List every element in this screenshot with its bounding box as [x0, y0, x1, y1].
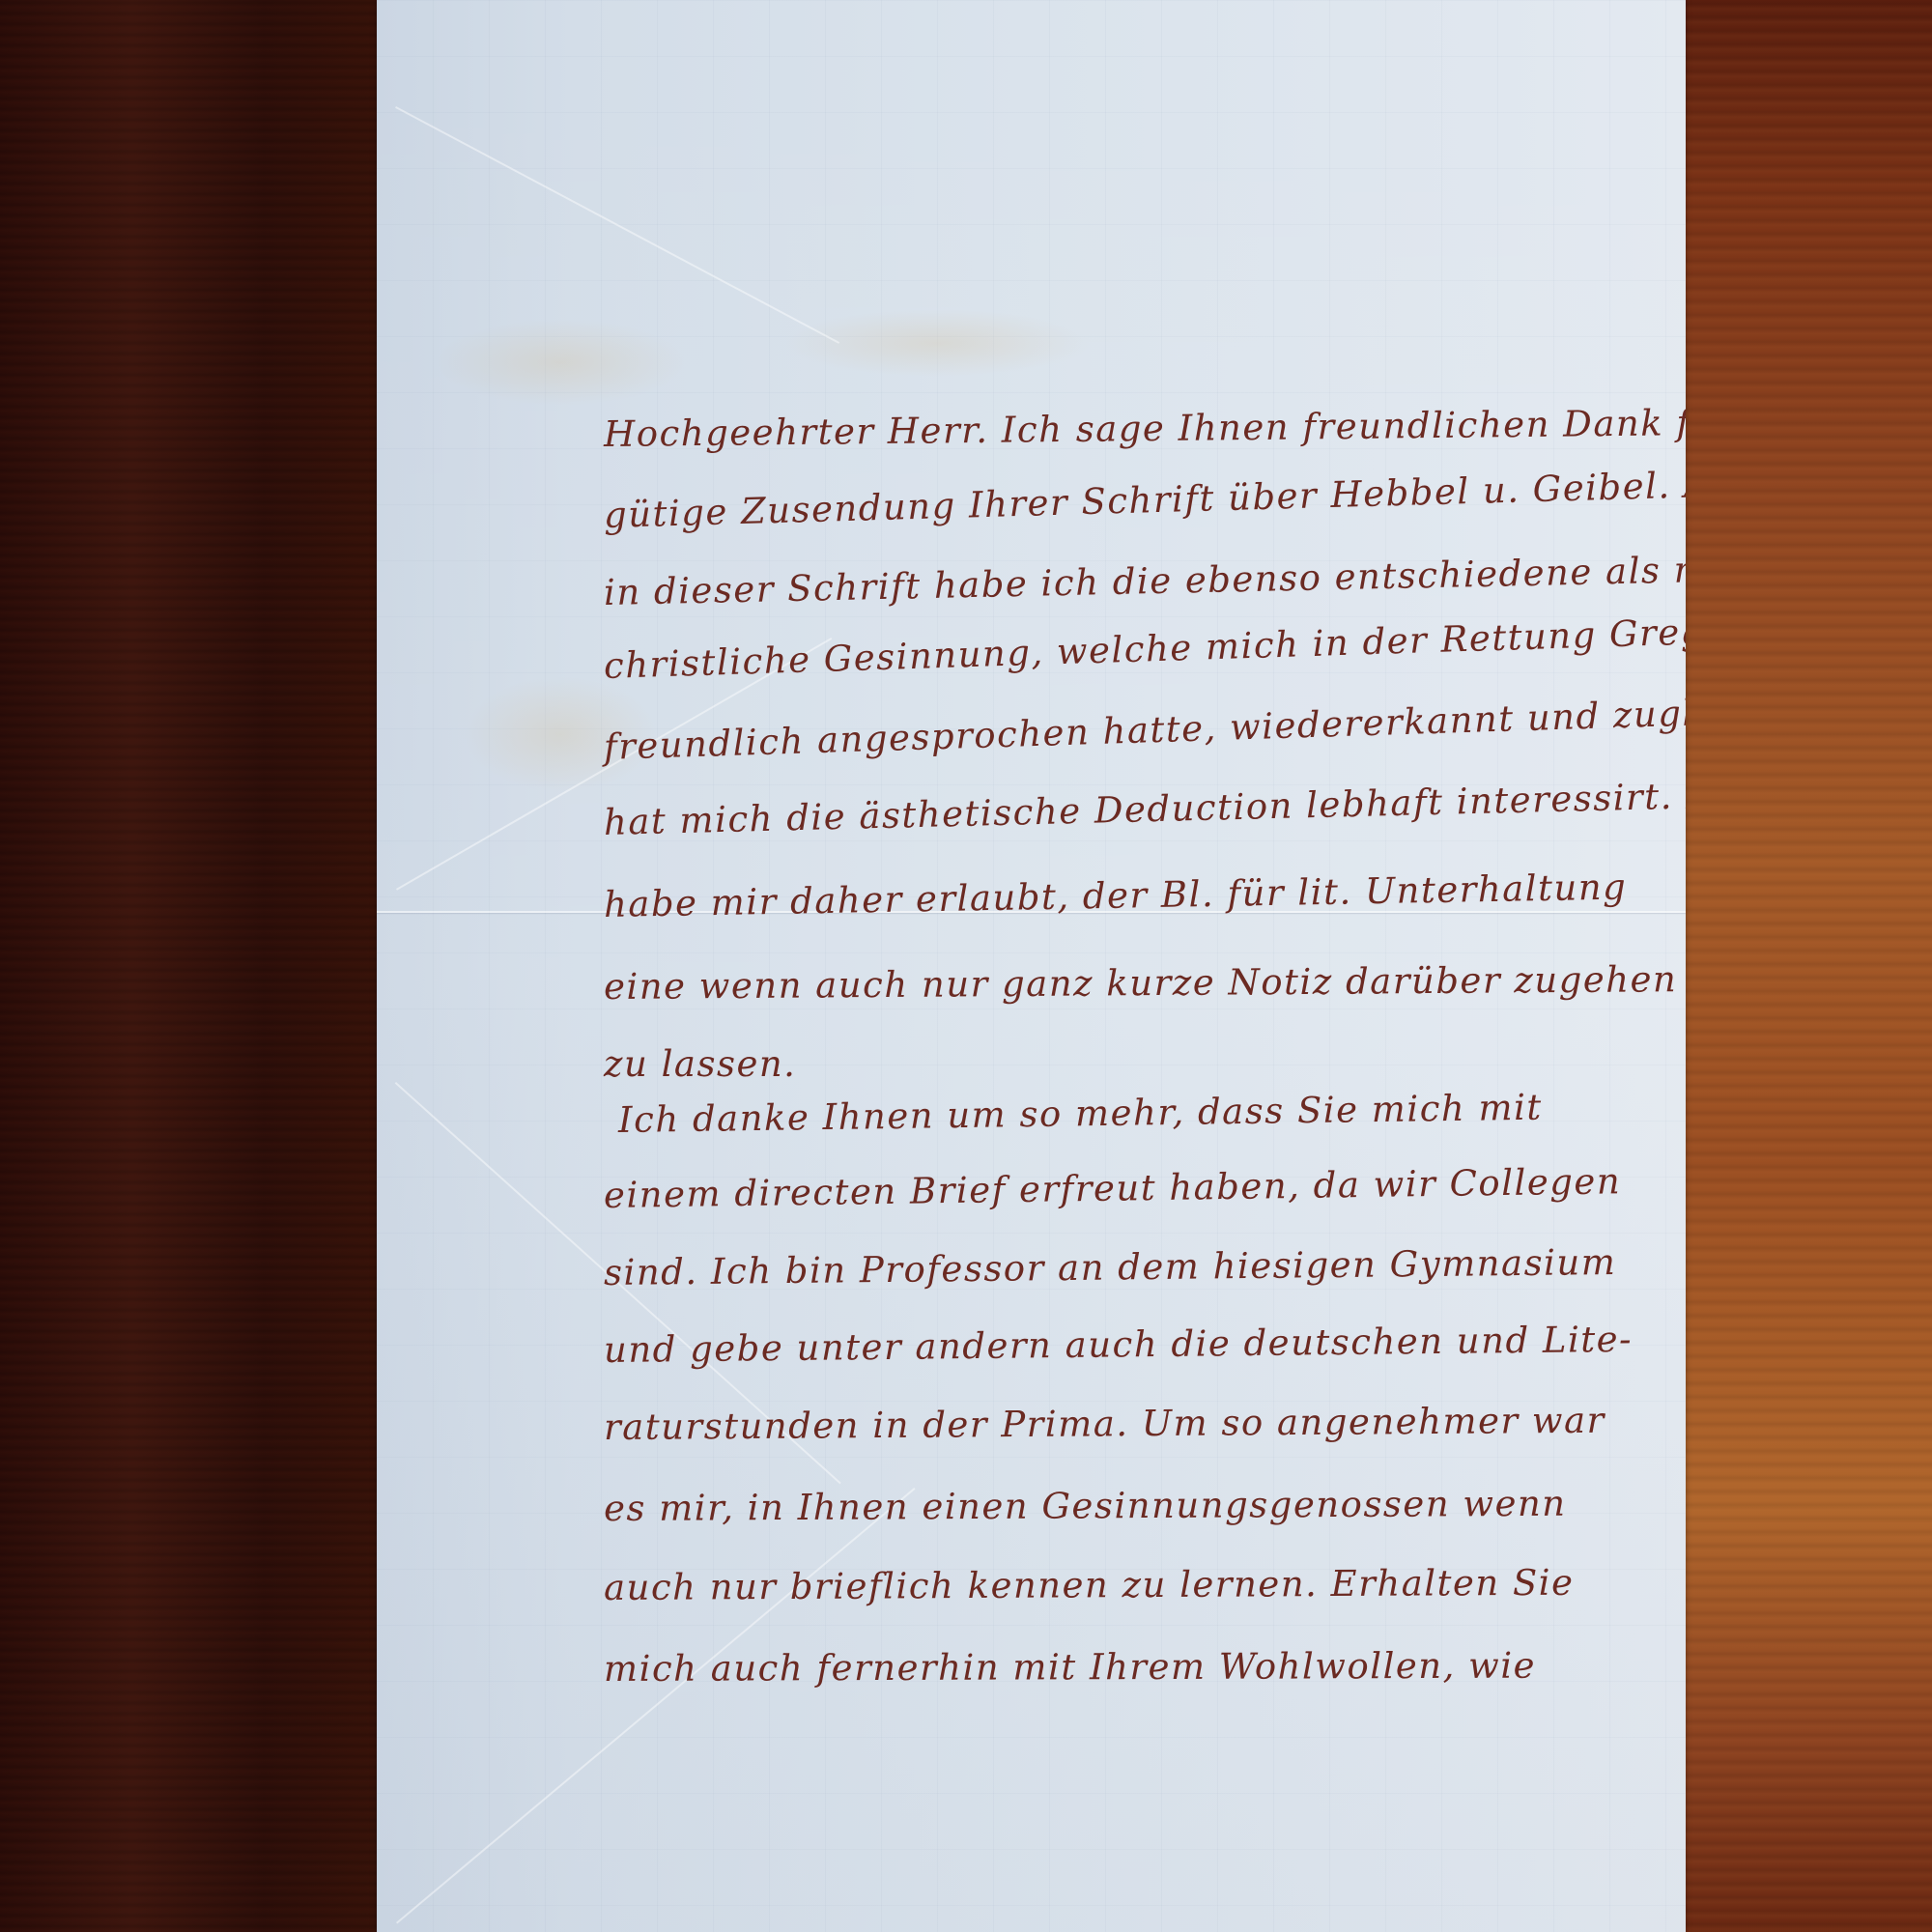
letter-line-2: gütige Zusendung Ihrer Schrift über Hebb…	[603, 466, 1657, 536]
letter-line-13: und gebe unter andern auch die deutschen…	[604, 1319, 1657, 1371]
letter-line-12: sind. Ich bin Professor an dem hiesigen …	[604, 1241, 1657, 1293]
letter-line-10: Ich danke Ihnen um so mehr, dass Sie mic…	[618, 1085, 1671, 1141]
letter-line-4: christliche Gesinnung, welche mich in de…	[603, 612, 1657, 687]
wooden-table-left	[0, 0, 377, 1932]
letter-line-7: habe mir daher erlaubt, der Bl. für lit.…	[604, 866, 1658, 925]
letter-line-5: freundlich angesprochen hatte, wiedererk…	[603, 694, 1657, 768]
wooden-table-right	[1686, 0, 1932, 1932]
letter-body: Hochgeehrter Herr. Ich sage Ihnen freund…	[377, 0, 1686, 1932]
letter-line-3: in dieser Schrift habe ich die ebenso en…	[604, 550, 1658, 613]
letter-line-11: einem directen Brief erfreut haben, da w…	[604, 1160, 1657, 1216]
letter-line-9: zu lassen.	[604, 1043, 1657, 1085]
letter-line-8: eine wenn auch nur ganz kurze Notiz darü…	[604, 958, 1657, 1008]
letter-line-15: es mir, in Ihnen einen Gesinnungsgenosse…	[604, 1482, 1657, 1529]
letter-line-1: Hochgeehrter Herr. Ich sage Ihnen freund…	[604, 403, 1657, 455]
letter-line-6: hat mich die ästhetische Deduction lebha…	[603, 776, 1657, 843]
letter-line-17: mich auch fernerhin mit Ihrem Wohlwollen…	[604, 1644, 1657, 1690]
letter-paper: Hochgeehrter Herr. Ich sage Ihnen freund…	[377, 0, 1686, 1932]
letter-line-16: auch nur brieflich kennen zu lernen. Erh…	[604, 1561, 1657, 1608]
letter-line-14: raturstunden in der Prima. Um so angeneh…	[604, 1399, 1657, 1448]
